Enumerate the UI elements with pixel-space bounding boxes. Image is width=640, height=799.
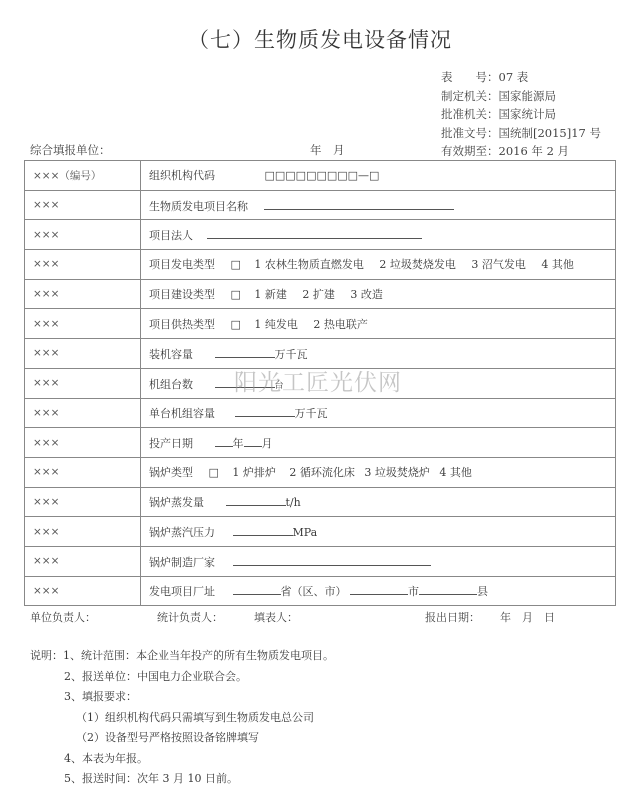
option: 2 热电联产 [313,316,368,332]
row-code: ×××（编号） [25,161,141,191]
commission-year-input[interactable] [215,434,233,447]
commission-month-input[interactable] [244,434,262,447]
table-row-site-address: ××× 发电项目厂址 省（区、市） 市县 [25,576,616,606]
row-code: ××× [25,190,141,220]
city-input[interactable] [350,582,408,595]
option: 2 循环流化床 [289,464,355,480]
form-metadata: 表 号：07 表 制定机关：国家能源局 批准机关：国家统计局 批准文号：国统制[… [441,68,601,161]
table-row-project-name: ××× 生物质发电项目名称 [25,190,616,220]
table-row-boiler-evaporation: ××× 锅炉蒸发量 t/h [25,487,616,517]
option: 3 垃圾焚烧炉 [364,464,430,480]
table-row-org-code: ×××（编号） 组织机构代码 □□□□□□□□□—□ [25,161,616,191]
meta-approving-authority: 批准机关：国家统计局 [441,105,601,124]
row-code: ××× [25,250,141,280]
watermark-text: 阳光工匠光伏网 [234,364,402,397]
option: 4 其他 [439,464,472,480]
single-unit-capacity-input[interactable] [235,404,295,417]
table-row-legal-person: ××× 项目法人 [25,220,616,250]
note-item: 2、报送单位：中国电力企业联合会。 [30,667,334,688]
stats-head-label: 统计负责人： [157,609,223,625]
row-code: ××× [25,546,141,576]
note-item: 3、填报要求： [30,687,334,708]
option: 1 纯发电 [254,316,298,332]
table-row-heating-type: ××× 项目供热类型 □ 1 纯发电 2 热电联产 [25,309,616,339]
boiler-pressure-input[interactable] [233,523,293,536]
note-item: 4、本表为年报。 [30,749,334,770]
boiler-type-checkbox[interactable]: □ [209,466,219,479]
installed-capacity-input[interactable] [215,345,275,358]
note-item: （1）组织机构代码只需填写到生物质发电总公司 [30,708,334,729]
meta-form-number: 表 号：07 表 [441,68,601,87]
instructions: 说明：1、统计范围：本企业当年投产的所有生物质发电项目。 2、报送单位：中国电力… [30,646,334,790]
report-date-label: 报出日期： [425,609,480,625]
heating-type-checkbox[interactable]: □ [231,318,241,331]
construction-type-checkbox[interactable]: □ [231,288,241,301]
page-title: （七）生物质发电设备情况 [0,24,640,54]
table-row-single-unit-capacity: ××× 单台机组容量 万千瓦 [25,398,616,428]
note-item: （2）设备型号严格按照设备铭牌填写 [30,728,334,749]
reporting-unit-label: 综合填报单位： [30,142,111,158]
project-name-input[interactable] [264,197,454,210]
note-item: 说明：1、统计范围：本企业当年投产的所有生物质发电项目。 [30,646,334,667]
row-code: ××× [25,339,141,369]
row-code: ××× [25,428,141,458]
row-code: ××× [25,487,141,517]
row-code: ××× [25,279,141,309]
note-item: 5、报送时间：次年 3 月 10 日前。 [30,769,334,790]
option: 1 农林生物质直燃发电 [254,256,364,272]
legal-person-input[interactable] [207,226,422,239]
county-input[interactable] [419,582,477,595]
meta-valid-until: 有效期至：2016 年 2 月 [441,142,601,161]
report-date-value: 年 月 日 [500,609,555,625]
table-row-generation-type: ××× 项目发电类型 □ 1 农林生物质直燃发电 2 垃圾焚烧发电 3 沼气发电… [25,250,616,280]
option: 2 扩建 [302,286,335,302]
reporting-period-label: 年 月 [310,142,345,158]
boiler-evaporation-input[interactable] [226,493,286,506]
row-code: ××× [25,457,141,487]
row-code: ××× [25,309,141,339]
generation-type-checkbox[interactable]: □ [231,258,241,271]
row-code: ××× [25,517,141,547]
table-row-boiler-pressure: ××× 锅炉蒸汽压力 MPa [25,517,616,547]
option: 3 改造 [350,286,383,302]
boiler-manufacturer-input[interactable] [233,553,431,566]
option: 2 垃圾焚烧发电 [379,256,456,272]
meta-approval-number: 批准文号：国统制[2015]17 号 [441,124,601,143]
option: 1 炉排炉 [232,464,276,480]
table-row-boiler-manufacturer: ××× 锅炉制造厂家 [25,546,616,576]
meta-issuing-authority: 制定机关：国家能源局 [441,87,601,106]
org-code-boxes[interactable]: □□□□□□□□□—□ [265,169,380,182]
org-code-field[interactable]: 组织机构代码 □□□□□□□□□—□ [141,161,616,191]
row-code: ××× [25,398,141,428]
option: 4 其他 [541,256,574,272]
unit-head-label: 单位负责人： [30,609,96,625]
option: 3 沼气发电 [471,256,526,272]
table-row-boiler-type: ××× 锅炉类型 □ 1 炉排炉 2 循环流化床 3 垃圾焚烧炉 4 其他 [25,457,616,487]
filler-label: 填表人： [254,609,298,625]
option: 1 新建 [254,286,287,302]
province-input[interactable] [233,582,281,595]
row-code: ××× [25,576,141,606]
table-row-construction-type: ××× 项目建设类型 □ 1 新建 2 扩建 3 改造 [25,279,616,309]
row-code: ××× [25,220,141,250]
row-code: ××× [25,368,141,398]
table-row-commission-date: ××× 投产日期 年月 [25,428,616,458]
